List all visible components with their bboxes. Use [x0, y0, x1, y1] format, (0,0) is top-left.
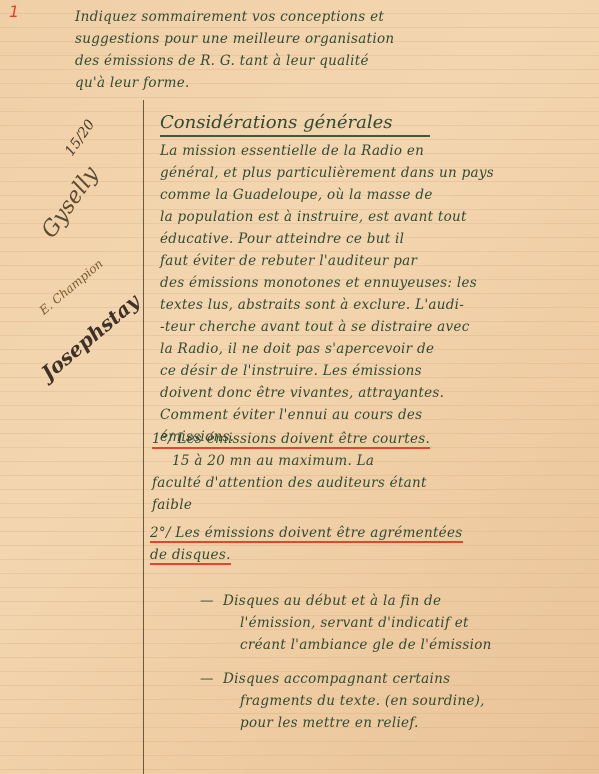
body-line: faut éviter de rebuter l'auditeur par	[160, 250, 494, 272]
point-1-line: 15 à 20 mn au maximum. La	[152, 450, 430, 472]
body-line: général, et plus particulièrement dans u…	[160, 162, 494, 184]
bullet-line: — Disques accompagnant certains	[200, 668, 492, 690]
point-2-end: de disques.	[150, 547, 231, 565]
point-1-title: 1°/ Les émissions doivent être courtes.	[152, 431, 430, 449]
intro-line: qu'à leur forme.	[75, 72, 394, 94]
bullet-text: Disques au début et à la fin de	[223, 593, 441, 609]
margin-line	[143, 100, 144, 774]
bullet-line: l'émission, servant d'indicatif et	[200, 612, 492, 634]
point-1-line: 1°/ Les émissions doivent être courtes.	[152, 428, 430, 450]
intro-question: Indiquez sommairement vos conceptions et…	[75, 6, 394, 94]
name-note: E. Champion	[37, 256, 106, 317]
point-1: 1°/ Les émissions doivent être courtes. …	[152, 428, 430, 516]
intro-line: des émissions de R. G. tant à leur quali…	[75, 50, 394, 72]
bullet-line: fragments du texte. (en sourdine),	[200, 690, 492, 712]
page-number: 1	[9, 2, 19, 21]
point-1-text: faculté d'attention des auditeurs étant	[152, 475, 427, 491]
body-line: Comment éviter l'ennui au cours des	[160, 404, 494, 426]
point-1-line: faculté d'attention des auditeurs étant	[152, 472, 430, 494]
dash: —	[200, 593, 214, 609]
body-paragraph: La mission essentielle de la Radio en gé…	[160, 140, 494, 448]
point-1-line: faible	[152, 494, 430, 516]
bullet-line: pour les mettre en relief.	[200, 712, 492, 734]
body-line: La mission essentielle de la Radio en	[160, 140, 494, 162]
point-2-line: 2°/ Les émissions doivent être agrémenté…	[150, 522, 463, 544]
disc-bullets: — Disques au début et à la fin de l'émis…	[200, 590, 492, 734]
point-2: 2°/ Les émissions doivent être agrémenté…	[150, 522, 463, 566]
examiner-signature: Gyselly	[37, 162, 104, 243]
point-2-line: de disques.	[150, 544, 463, 566]
body-line: des émissions monotones et ennuyeuses: l…	[160, 272, 494, 294]
body-line: éducative. Pour atteindre ce but il	[160, 228, 494, 250]
point-2-title: 2°/ Les émissions doivent être agrémenté…	[150, 525, 463, 543]
intro-line: suggestions pour une meilleure organisat…	[75, 28, 394, 50]
body-line: la population est à instruire, est avant…	[160, 206, 494, 228]
bullet-line: créant l'ambiance gle de l'émission	[200, 634, 492, 656]
body-line: doivent donc être vivantes, attrayantes.	[160, 382, 494, 404]
body-line: -teur cherche avant tout à se distraire …	[160, 316, 494, 338]
bullet-text: Disques accompagnant certains	[223, 671, 450, 687]
bullet-line: — Disques au début et à la fin de	[200, 590, 492, 612]
body-line: ce désir de l'instruire. Les émissions	[160, 360, 494, 382]
handwritten-page: 1 Indiquez sommairement vos conceptions …	[0, 0, 599, 774]
grade-mark: 15/20	[62, 117, 98, 159]
body-line: textes lus, abstraits sont à exclure. L'…	[160, 294, 494, 316]
margin-annotations: 15/20 Gyselly E. Champion Josephstay	[20, 120, 140, 390]
body-line: comme la Guadeloupe, où la masse de	[160, 184, 494, 206]
section-heading: Considérations générales	[160, 112, 430, 137]
dash: —	[200, 671, 214, 687]
intro-line: Indiquez sommairement vos conceptions et	[75, 6, 394, 28]
body-line: la Radio, il ne doit pas s'apercevoir de	[160, 338, 494, 360]
